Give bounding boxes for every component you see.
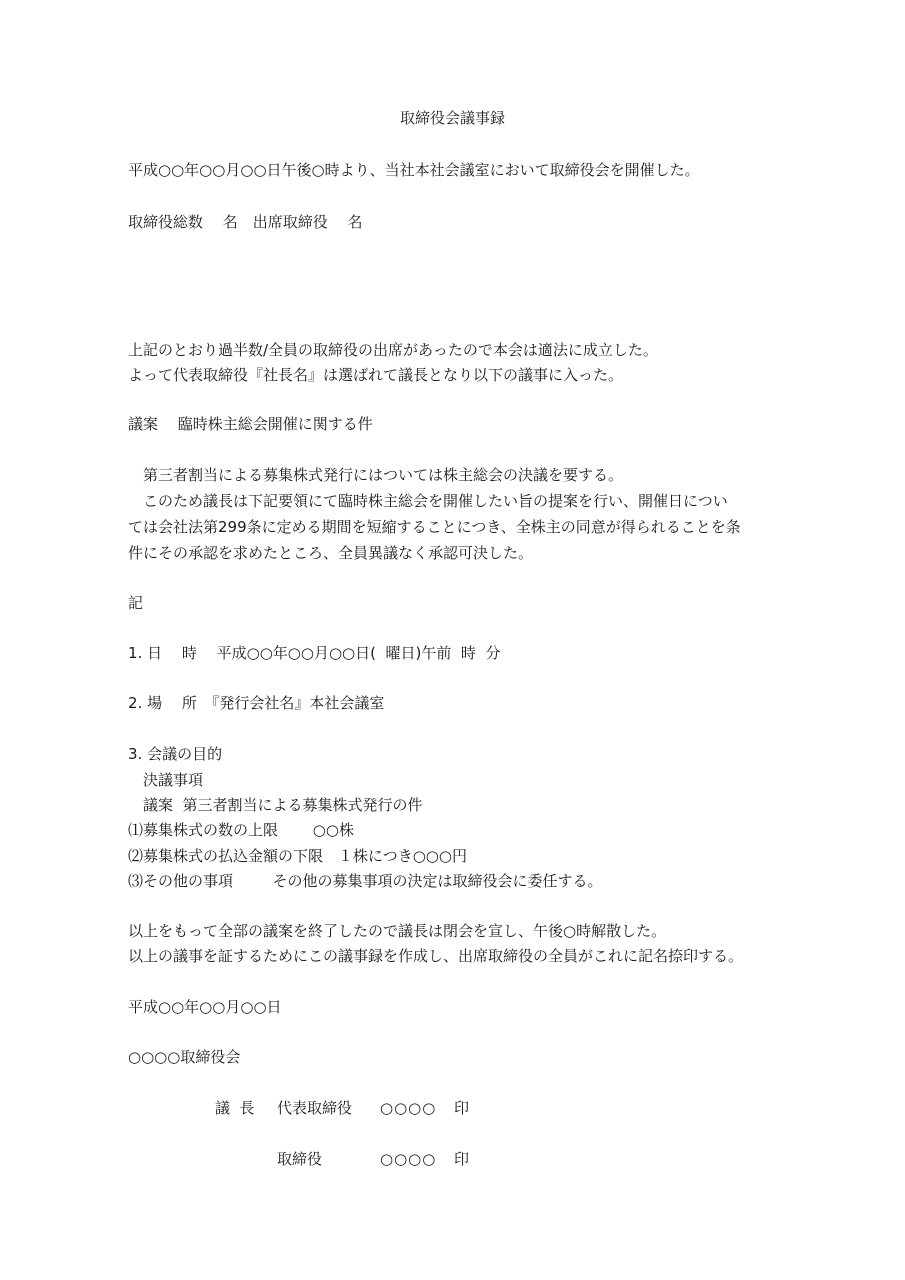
item-purpose-sub: 決議事項: [128, 770, 203, 790]
item-purpose-agenda: 議案 第三者割当による募集株式発行の件: [128, 795, 423, 815]
opening-statement: 平成○○年○○月○○日午後○時より、当社本社会議室において取締役会を開催した。: [128, 160, 700, 180]
agenda-body-line-1: 第三者割当による募集株式発行にはついては株主総会の決議を要する。: [128, 465, 623, 485]
board-name: ○○○○取締役会: [128, 1047, 240, 1067]
item-place: 2. 場 所 『発行会社名』本社会議室: [128, 693, 384, 713]
detail-line-1: ⑴募集株式の数の上限 ○○株: [128, 820, 354, 840]
signature-title: 取締役: [277, 1149, 322, 1169]
closing-line-1: 以上をもって全部の議案を終了したので議長は閉会を宣し、午後○時解散した。: [128, 921, 666, 941]
seal-mark: 印: [454, 1098, 469, 1118]
document-title: 取締役会議事録: [0, 108, 905, 128]
agenda-body-line-3: ては会社法第299条に定める期間を短縮することにつき、全株主の同意が得られること…: [128, 517, 741, 537]
agenda-body-line-4: 件にその承認を求めたところ、全員異議なく承認可決した。: [128, 543, 533, 563]
agenda-heading: 議案 臨時株主総会開催に関する件: [128, 414, 373, 434]
signature-role: 議 長: [215, 1098, 255, 1118]
signature-name: ○○○○: [380, 1149, 436, 1169]
agenda-body-line-2: このため議長は下記要領にて臨時株主総会を開催したい旨の提案を行い、開催日につい: [128, 491, 728, 511]
item-date: 1. 日 時 平成○○年○○月○○日( 曜日)午前 時 分: [128, 643, 500, 663]
document-page: 取締役会議事録 平成○○年○○月○○日午後○時より、当社本社会議室において取締役…: [0, 0, 905, 1280]
quorum-line-2: よって代表取締役『社長名』は選ばれて議長となり以下の議事に入った。: [128, 365, 623, 385]
signature-name: ○○○○: [380, 1098, 436, 1118]
signature-title: 代表取締役: [277, 1098, 352, 1118]
seal-mark: 印: [454, 1149, 469, 1169]
detail-line-2: ⑵募集株式の払込金額の下限 １株につき○○○円: [128, 846, 467, 866]
document-date: 平成○○年○○月○○日: [128, 997, 282, 1017]
attendance-line: 取締役総数 名 出席取締役 名: [128, 212, 363, 232]
closing-line-2: 以上の議事を証するためにこの議事録を作成し、出席取締役の全員がこれに記名捺印する…: [128, 946, 743, 966]
quorum-line-1: 上記のとおり過半数/全員の取締役の出席があったので本会は適法に成立した。: [128, 340, 658, 360]
detail-line-3: ⑶その他の事項 その他の募集事項の決定は取締役会に委任する。: [128, 871, 603, 891]
ki-heading: 記: [128, 593, 143, 613]
item-purpose-heading: 3. 会議の目的: [128, 744, 222, 764]
